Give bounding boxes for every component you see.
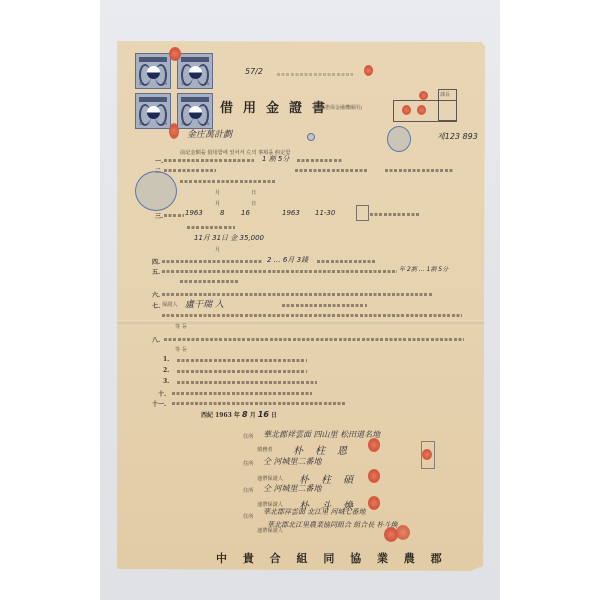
revenue-stamp-icon: 2020 <box>135 93 171 129</box>
blue-mark-icon <box>307 133 315 141</box>
paper-fold <box>117 320 485 326</box>
item-number: 七. <box>152 301 160 310</box>
month-label: 月 <box>215 189 220 196</box>
guarantor2-address: 仝 河城里二番地 <box>263 483 322 494</box>
bracket-box <box>356 205 369 221</box>
red-seal-icon <box>402 105 411 115</box>
print-line <box>295 169 367 172</box>
print-line <box>164 159 254 162</box>
red-seal-icon <box>419 91 428 100</box>
print-line <box>177 381 317 384</box>
start-day: 16 <box>241 209 250 217</box>
cooperative-name: 中 貴 合 組 同 協 業 農 郡 <box>216 550 448 566</box>
faded-print-line <box>277 73 353 76</box>
item-number: 3. <box>163 378 169 385</box>
red-seal-icon <box>368 496 380 510</box>
month-label: 月 <box>215 200 220 207</box>
red-seal-icon <box>368 469 380 483</box>
party-label: 住所 <box>243 513 253 520</box>
revenue-stamp-icon: 2020 <box>177 93 213 129</box>
print-line <box>282 304 367 307</box>
item-number: 一. <box>155 156 163 165</box>
title-note: (無擔保金融機關用) <box>318 104 362 111</box>
day-label: 日 <box>251 200 256 207</box>
red-seal-icon <box>422 449 432 460</box>
item-number: 1. <box>163 356 169 363</box>
item-number: 三. <box>155 211 163 220</box>
print-line <box>385 169 453 172</box>
penalty-rate: 2 … 6月 3錢 <box>267 255 308 265</box>
revenue-stamps: 2020 2020 2020 2020 <box>135 53 213 129</box>
start-year: 1963 <box>185 209 203 217</box>
party-label: 住所 <box>243 433 253 440</box>
red-seal-icon <box>368 438 380 452</box>
end-year: 1963 <box>282 209 300 217</box>
party-label: 債務者 <box>257 446 273 453</box>
debtor-name: 朴柱恩 <box>293 442 359 457</box>
start-month: 8 <box>220 209 224 217</box>
serial-number: 57/2 <box>245 67 263 76</box>
item-number: 六. <box>152 290 160 299</box>
continuation-mark: 等 등 <box>175 346 187 353</box>
guarantor3-address: 華北郡祥雲面 北江里 河城七番地 <box>263 507 365 517</box>
month-unit: 月 <box>250 412 256 419</box>
print-line <box>172 392 312 395</box>
print-line <box>162 314 462 317</box>
installment-amount: 11月 31日 金 35,000 <box>194 233 264 243</box>
guarantor-name: 盧干瑞 入 <box>185 297 224 310</box>
red-seal-icon <box>169 123 179 139</box>
date-day: 16 <box>258 410 269 419</box>
continuation-mark: 等 등 <box>175 323 187 330</box>
revenue-stamp-icon: 2020 <box>135 53 171 89</box>
registration-number: 제123 893 <box>437 131 478 142</box>
year-unit: 年 <box>234 412 240 419</box>
guarantor1-address: 仝 河城里二番地 <box>263 456 322 467</box>
item-number: 四. <box>152 257 160 266</box>
blue-postmark-icon <box>387 126 411 152</box>
day-label: 日 <box>251 189 256 196</box>
item-number: 五. <box>152 267 160 276</box>
party-label: 連帶保證人 <box>257 475 283 482</box>
print-line <box>164 214 184 217</box>
blue-round-seal-icon <box>135 171 177 211</box>
print-line <box>164 169 216 172</box>
end-date: 11-30 <box>315 209 335 217</box>
guarantor-label: 保證人 <box>162 301 178 308</box>
item-number: 2. <box>163 367 169 374</box>
print-line <box>162 260 262 263</box>
print-line <box>177 359 307 362</box>
red-seal-icon <box>364 65 373 76</box>
print-line <box>297 159 342 162</box>
date-month: 8 <box>242 410 248 419</box>
print-line <box>162 270 397 273</box>
red-seal-icon <box>169 47 181 61</box>
item-number: 十一. <box>152 399 166 408</box>
section-chief-label: 課長 <box>440 91 450 98</box>
month-label: 月 <box>215 246 220 253</box>
print-line <box>164 338 464 341</box>
date-year: 1963 <box>215 412 232 419</box>
print-line <box>162 293 432 296</box>
item-number: 十. <box>158 389 166 398</box>
print-line <box>180 280 238 283</box>
print-line <box>187 226 235 229</box>
print-line <box>172 402 347 405</box>
delay-rate: 年 2割 … 1割 5分 <box>399 264 448 273</box>
revenue-stamp-icon: 2020 <box>177 53 213 89</box>
loan-certificate-document: 2020 2020 2020 2020 57/2 借用金證書 (無擔保金融機關用… <box>117 41 485 571</box>
print-line <box>370 213 420 216</box>
debtor-address: 華北郡祥雲面 四山里 松田道名地 <box>263 429 380 440</box>
party-label: 住所 <box>243 460 253 467</box>
addressee: 金庄萬計劃 <box>187 127 232 140</box>
day-unit: 日 <box>271 412 277 419</box>
date-era-label: 西紀 <box>201 412 213 419</box>
item-number: 八. <box>152 335 160 344</box>
date-line: 西紀 1963 年 8 月 16 日 <box>201 410 277 419</box>
red-seal-icon <box>417 105 426 115</box>
print-line <box>317 260 377 263</box>
interest-rate: 1 割 5分 <box>262 154 289 164</box>
red-seal-icon <box>396 525 410 540</box>
print-line <box>180 180 275 183</box>
party-label: 住所 <box>243 487 253 494</box>
print-line <box>177 370 307 373</box>
